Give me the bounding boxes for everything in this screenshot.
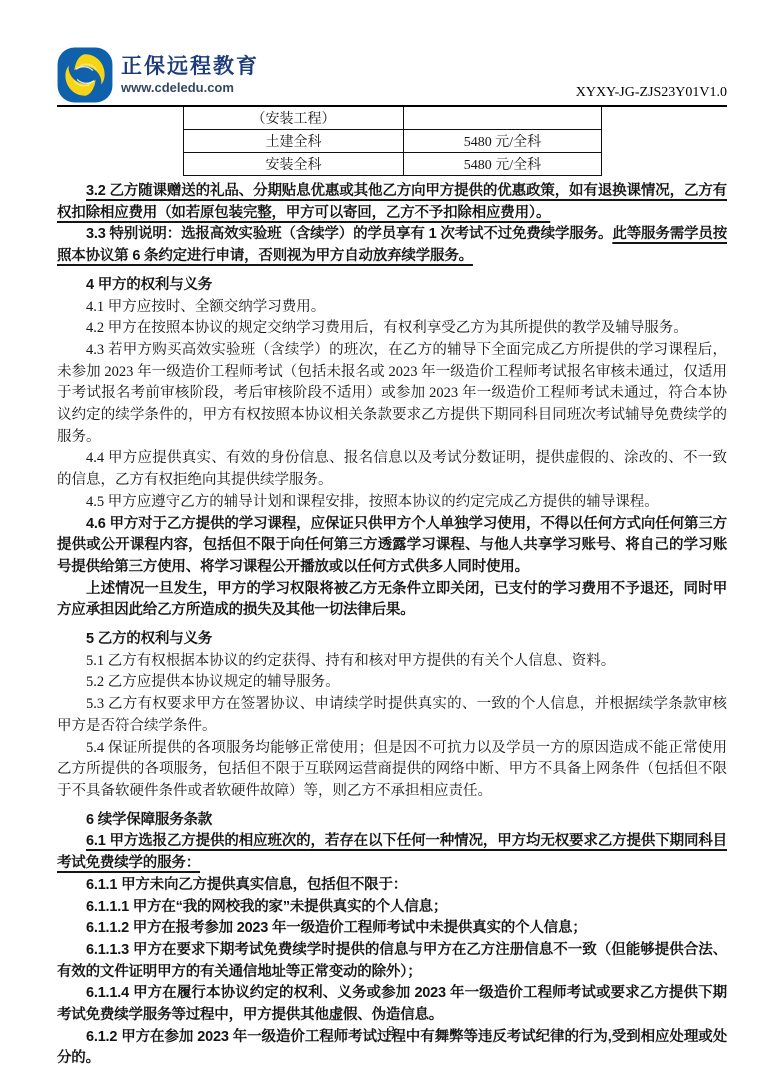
clause-6-1-1-1: 6.1.1.1 甲方在“我的网校我的家”未提供真实的个人信息； [57, 897, 727, 919]
clause-6-1-1-2-text: 6.1.1.2 甲方在报考参加 2023 年一级造价工程师考试中未提供真实的个人… [86, 920, 587, 936]
table-cell-price: 5480 元/全科 [404, 130, 602, 153]
clause-5-1: 5.1 乙方有权根据本协议的约定获得、持有和核对甲方提供的有关个人信息、资料。 [57, 651, 727, 673]
table-row: 土建全科 5480 元/全科 [184, 130, 602, 153]
clause-5-3-text: 5.3 乙方有权要求甲方在签署协议、申请续学时提供真实的、一致的个人信息，并根据… [57, 696, 727, 734]
clause-4-5: 4.5 甲方应遵守乙方的辅导计划和课程安排，按照本协议的约定完成乙方提供的辅导课… [57, 492, 727, 514]
clause-6-1-1: 6.1.1 甲方未向乙方提供真实信息，包括但不限于： [57, 875, 727, 897]
clause-6-1-text: 6.1 甲方选报乙方提供的相应班次的，若存在以下任何一种情况，甲方均无权要求乙方… [57, 833, 727, 871]
clause-3-2: 3.2 乙方随课赠送的礼品、分期贴息优惠或其他乙方向甲方提供的优惠政策，如有退换… [57, 181, 727, 224]
clause-5-2: 5.2 乙方应提供本协议规定的辅导服务。 [57, 672, 727, 694]
clause-4-6: 4.6 甲方对于乙方提供的学习课程，应保证只供甲方个人单独学习使用，不得以任何方… [57, 514, 727, 579]
table-cell-price [404, 107, 602, 130]
table-cell-course: 土建全科 [184, 130, 404, 153]
table-row: （安装工程） [184, 107, 602, 130]
heading-5-text: 5 乙方的权利与义务 [86, 631, 212, 647]
page-header: 正保远程教育 www.cdeledu.com XYXY-JG-ZJS23Y01V… [57, 0, 727, 103]
clause-6-1-1-3: 6.1.1.3 甲方在要求下期考试免费续学时提供的信息与甲方在乙方注册信息不一致… [57, 940, 727, 983]
clause-5-3: 5.3 乙方有权要求甲方在签署协议、申请续学时提供真实的、一致的个人信息，并根据… [57, 694, 727, 737]
clause-4-2: 4.2 甲方在按照本协议的规定交纳学习费用后，有权利享受乙方为其所提供的教学及辅… [57, 318, 727, 340]
table-cell-course: （安装工程） [184, 107, 404, 130]
clause-6-1: 6.1 甲方选报乙方提供的相应班次的，若存在以下任何一种情况，甲方均无权要求乙方… [57, 831, 727, 874]
clause-5-2-text: 5.2 乙方应提供本协议规定的辅导服务。 [86, 674, 340, 690]
clause-3-3: 3.3 特别说明：选报高效实验班（含续学）的学员享有 1 次考试不过免费续学服务… [57, 224, 727, 267]
clause-5-4: 5.4 保证所提供的各项服务均能够正常使用；但是因不可抗力以及学员一方的原因造成… [57, 738, 727, 803]
table-cell-course: 安装全科 [184, 153, 404, 176]
heading-4: 4 甲方的权利与义务 [57, 275, 727, 297]
brand-name: 正保远程教育 [121, 54, 259, 80]
heading-6: 6 续学保障服务条款 [57, 810, 727, 832]
clause-4-1-text: 4.1 甲方应按时、全额交纳学习费用。 [86, 299, 325, 315]
clause-4-6-text: 4.6 甲方对于乙方提供的学习课程，应保证只供甲方个人单独学习使用，不得以任何方… [57, 516, 727, 575]
page-number: 2 [0, 1024, 783, 1040]
table-row: 安装全科 5480 元/全科 [184, 153, 602, 176]
clause-6-1-1-4: 6.1.1.4 甲方在履行本协议约定的权利、义务或参加 2023 年一级造价工程… [57, 983, 727, 1026]
clause-6-1-1-4-text: 6.1.1.4 甲方在履行本协议约定的权利、义务或参加 2023 年一级造价工程… [57, 985, 727, 1023]
table-cell-price: 5480 元/全科 [404, 153, 602, 176]
clause-5-4-text: 5.4 保证所提供的各项服务均能够正常使用；但是因不可抗力以及学员一方的原因造成… [57, 740, 727, 799]
brand-text: 正保远程教育 www.cdeledu.com [121, 54, 259, 96]
clause-4-6-consequence-text: 上述情况一旦发生，甲方的学习权限将被乙方无条件立即关闭，已支付的学习费用不予退还… [57, 581, 727, 619]
clause-4-2-text: 4.2 甲方在按照本协议的规定交纳学习费用后，有权利享受乙方为其所提供的教学及辅… [86, 320, 688, 336]
clause-4-1: 4.1 甲方应按时、全额交纳学习费用。 [57, 297, 727, 319]
brand: 正保远程教育 www.cdeledu.com [57, 47, 259, 103]
brand-logo-icon [57, 47, 113, 103]
clause-6-1-1-text: 6.1.1 甲方未向乙方提供真实信息，包括但不限于： [86, 877, 407, 893]
clause-4-5-text: 4.5 甲方应遵守乙方的辅导计划和课程安排，按照本协议的约定完成乙方提供的辅导课… [86, 494, 659, 510]
clause-4-3-text: 4.3 若甲方购买高效实验班（含续学）的班次，在乙方的辅导下全面完成乙方所提供的… [57, 342, 727, 445]
brand-url: www.cdeledu.com [121, 80, 259, 96]
heading-5: 5 乙方的权利与义务 [57, 629, 727, 651]
contract-body: 3.2 乙方随课赠送的礼品、分期贴息优惠或其他乙方向甲方提供的优惠政策，如有退换… [57, 181, 727, 1070]
clause-6-1-1-2: 6.1.1.2 甲方在报考参加 2023 年一级造价工程师考试中未提供真实的个人… [57, 918, 727, 940]
heading-4-text: 4 甲方的权利与义务 [86, 277, 212, 293]
heading-6-text: 6 续学保障服务条款 [86, 812, 212, 828]
clause-6-1-1-3-text: 6.1.1.3 甲方在要求下期考试免费续学时提供的信息与甲方在乙方注册信息不一致… [57, 942, 727, 980]
doc-code: XYXY-JG-ZJS23Y01V1.0 [576, 85, 727, 103]
clause-4-4-text: 4.4 甲方应提供真实、有效的身份信息、报名信息以及考试分数证明，提供虚假的、涂… [57, 450, 727, 488]
clause-4-4: 4.4 甲方应提供真实、有效的身份信息、报名信息以及考试分数证明，提供虚假的、涂… [57, 448, 727, 491]
clause-4-6-consequence: 上述情况一旦发生，甲方的学习权限将被乙方无条件立即关闭，已支付的学习费用不予退还… [57, 579, 727, 622]
clause-3-3-text: 3.3 特别说明：选报高效实验班（含续学）的学员享有 1 次考试不过免费续学服务… [86, 226, 612, 242]
contract-page: 正保远程教育 www.cdeledu.com XYXY-JG-ZJS23Y01V… [0, 0, 783, 1092]
clause-5-1-text: 5.1 乙方有权根据本协议的约定获得、持有和核对甲方提供的有关个人信息、资料。 [86, 653, 615, 669]
price-table: （安装工程） 土建全科 5480 元/全科 安装全科 5480 元/全科 [183, 107, 602, 176]
clause-4-3: 4.3 若甲方购买高效实验班（含续学）的班次，在乙方的辅导下全面完成乙方所提供的… [57, 340, 727, 449]
clause-3-2-text: 3.2 乙方随课赠送的礼品、分期贴息优惠或其他乙方向甲方提供的优惠政策，如有退换… [57, 183, 727, 221]
clause-6-1-1-1-text: 6.1.1.1 甲方在“我的网校我的家”未提供真实的个人信息； [86, 899, 447, 915]
